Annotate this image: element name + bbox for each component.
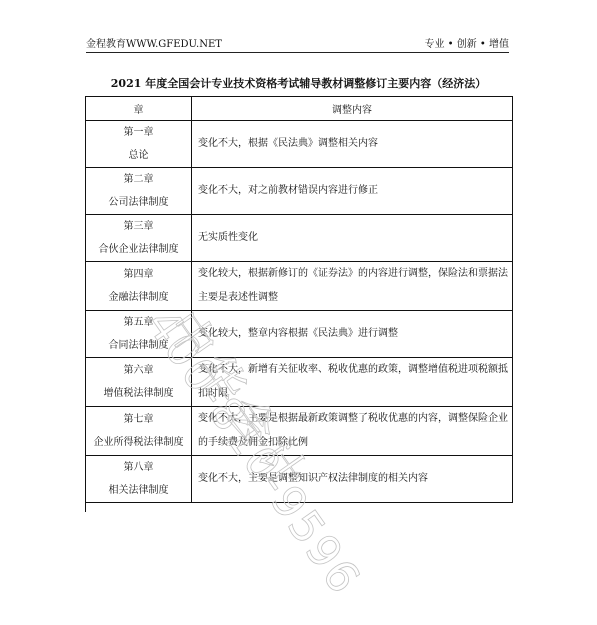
chapter-name: 合同法律制度 — [86, 334, 191, 357]
chapter-cell: 第二章公司法律制度 — [86, 168, 192, 215]
chapter-cell: 第三章合伙企业法律制度 — [86, 215, 192, 262]
chapter-number: 第三章 — [86, 215, 191, 238]
table-row: 第七章企业所得税法律制度 变化不大，主要是根据最新政策调整了税收优惠的内容，调整… — [86, 407, 513, 456]
content-cell: 变化不大，主要是根据最新政策调整了税收优惠的内容，调整保险企业的手续费及佣金扣除… — [192, 407, 513, 456]
content-cell: 变化不大，对之前教材错误内容进行修正 — [192, 168, 513, 215]
table-row: 第八章相关法律制度 变化不大，主要是调整知识产权法律制度的相关内容 — [86, 456, 513, 503]
chapter-name: 企业所得税法律制度 — [86, 431, 191, 454]
table-row: 第四章金融法律制度 变化较大，根据新修订的《证券法》的内容进行调整，保险法和票据… — [86, 262, 513, 311]
chapter-cell: 第一章总论 — [86, 121, 192, 168]
page-header: 金程教育WWW.GFEDU.NET 专业 • 创新 • 增值 — [86, 38, 509, 53]
chapter-name: 增值税法律制度 — [86, 382, 191, 405]
chapter-number: 第六章 — [86, 359, 191, 382]
chapter-number: 第一章 — [86, 121, 191, 144]
chapter-number: 第二章 — [86, 168, 191, 191]
chapter-number: 第四章 — [86, 263, 191, 286]
chapter-cell: 第四章金融法律制度 — [86, 262, 192, 311]
table-row: 第二章公司法律制度 变化不大，对之前教材错误内容进行修正 — [86, 168, 513, 215]
changes-table: 章 调整内容 第一章总论 变化不大，根据《民法典》调整相关内容 第二章公司法律制… — [85, 96, 513, 503]
chapter-name: 公司法律制度 — [86, 191, 191, 214]
header-site-name: 金程教育WWW.GFEDU.NET — [86, 38, 222, 51]
document-title: 2021 年度全国会计专业技术资格考试辅导教材调整修订主要内容（经济法） — [0, 77, 597, 91]
table-border-tick — [85, 503, 86, 512]
chapter-cell: 第七章企业所得税法律制度 — [86, 407, 192, 456]
chapter-cell: 第六章增值税法律制度 — [86, 358, 192, 407]
chapter-name: 相关法律制度 — [86, 479, 191, 502]
table-row: 第一章总论 变化不大，根据《民法典》调整相关内容 — [86, 121, 513, 168]
header-slogan: 专业 • 创新 • 增值 — [424, 38, 509, 51]
content-cell: 变化较大，整章内容根据《民法典》进行调整 — [192, 311, 513, 358]
content-cell: 变化不大，新增有关征收率、税收优惠的政策，调整增值税进项税额抵扣时限 — [192, 358, 513, 407]
content-cell: 无实质性变化 — [192, 215, 513, 262]
chapter-number: 第七章 — [86, 408, 191, 431]
column-header-content: 调整内容 — [192, 97, 513, 121]
chapter-name: 总论 — [86, 144, 191, 167]
table-row: 第六章增值税法律制度 变化不大，新增有关征收率、税收优惠的政策，调整增值税进项税… — [86, 358, 513, 407]
content-cell: 变化较大，根据新修订的《证券法》的内容进行调整，保险法和票据法主要是表述性调整 — [192, 262, 513, 311]
table-row: 第三章合伙企业法律制度 无实质性变化 — [86, 215, 513, 262]
table-header-row: 章 调整内容 — [86, 97, 513, 121]
chapter-cell: 第五章合同法律制度 — [86, 311, 192, 358]
chapter-number: 第八章 — [86, 456, 191, 479]
content-cell: 变化不大，主要是调整知识产权法律制度的相关内容 — [192, 456, 513, 503]
chapter-name: 金融法律制度 — [86, 286, 191, 309]
chapter-number: 第五章 — [86, 311, 191, 334]
column-header-chapter: 章 — [86, 97, 192, 121]
chapter-name: 合伙企业法律制度 — [86, 238, 191, 261]
content-cell: 变化不大，根据《民法典》调整相关内容 — [192, 121, 513, 168]
table-row: 第五章合同法律制度 变化较大，整章内容根据《民法典》进行调整 — [86, 311, 513, 358]
chapter-cell: 第八章相关法律制度 — [86, 456, 192, 503]
